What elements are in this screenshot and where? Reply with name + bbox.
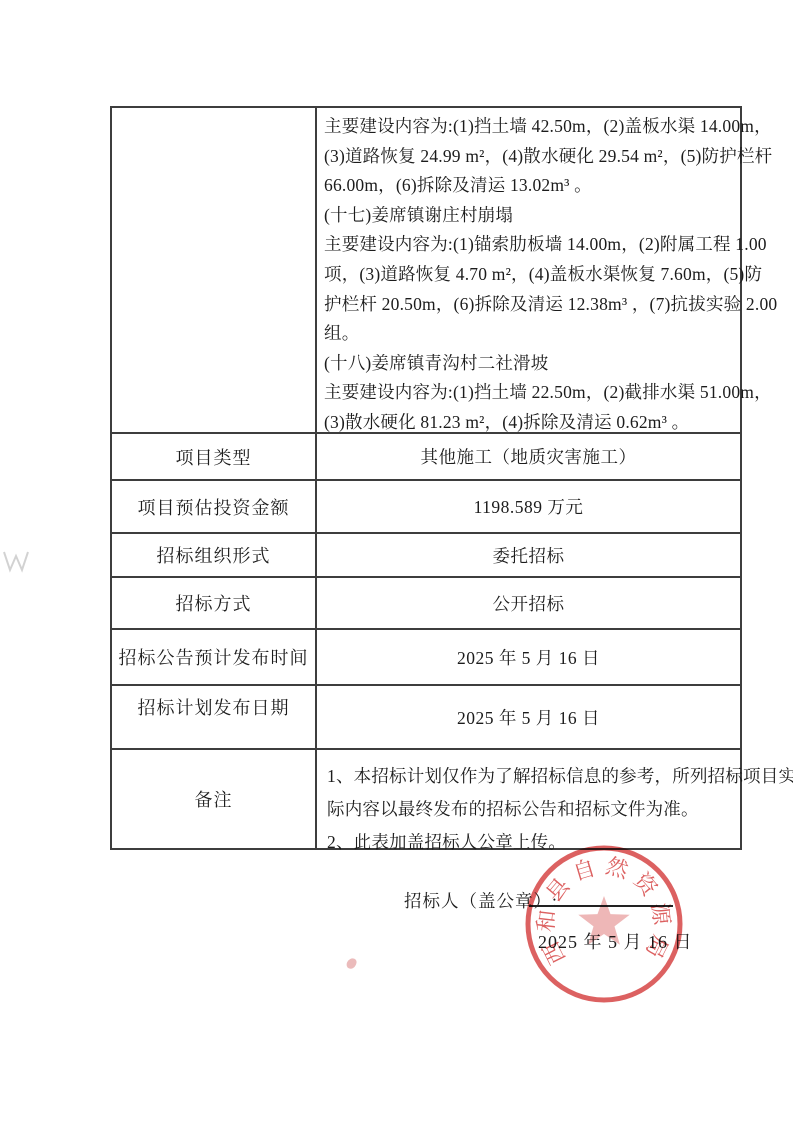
table-row-organization-form: 招标组织形式委托招标 <box>112 534 740 578</box>
row-value-plan-publish-date: 2025 年 5 月 16 日 <box>317 686 740 748</box>
value-text: 委托招标 <box>493 543 565 568</box>
official-seal: 西和县自然资源局 <box>519 839 689 1009</box>
row-value-bidding-method: 公开招标 <box>317 578 740 628</box>
row-label-plan-publish-date: 招标计划发布日期 <box>112 686 317 748</box>
row-value-estimated-investment: 1198.589 万元 <box>317 481 740 532</box>
text-line: 66.00m，(6)拆除及清运 13.02m³ 。 <box>324 171 734 201</box>
value-text: 1198.589 万元 <box>474 494 584 519</box>
table-row-estimated-investment: 项目预估投资金额1198.589 万元 <box>112 481 740 534</box>
row-label-project-type: 项目类型 <box>112 434 317 479</box>
row-value-remarks: 1、本招标计划仅作为了解招标信息的参考，所列招标项目实际内容以最终发布的招标公告… <box>317 750 740 848</box>
scanned-document-page: 主要建设内容为:(1)挡土墙 42.50m，(2)盖板水渠 14.00m，(3)… <box>0 0 793 1122</box>
value-text: 其他施工（地质灾害施工） <box>421 444 637 469</box>
row-value-construction-content: 主要建设内容为:(1)挡土墙 42.50m，(2)盖板水渠 14.00m，(3)… <box>317 108 740 432</box>
row-label-remarks: 备注 <box>112 750 317 848</box>
table-row-plan-publish-date: 招标计划发布日期2025 年 5 月 16 日 <box>112 686 740 750</box>
text-line: 主要建设内容为:(1)挡土墙 42.50m，(2)盖板水渠 14.00m， <box>324 112 734 142</box>
text-line: 组。 <box>324 319 734 349</box>
table-row-bidding-method: 招标方式公开招标 <box>112 578 740 630</box>
value-text: 2025 年 5 月 16 日 <box>457 705 600 730</box>
row-label-announcement-date: 招标公告预计发布时间 <box>112 630 317 684</box>
text-line: 主要建设内容为:(1)锚索肋板墙 14.00m，(2)附属工程 1.00 <box>324 230 734 260</box>
row-label-estimated-investment: 项目预估投资金额 <box>112 481 317 532</box>
value-text: 2025 年 5 月 16 日 <box>457 645 600 670</box>
table-row-project-type: 项目类型其他施工（地质灾害施工） <box>112 434 740 481</box>
seal-star <box>578 896 629 945</box>
table-row-construction-content: 主要建设内容为:(1)挡土墙 42.50m，(2)盖板水渠 14.00m，(3)… <box>112 108 740 434</box>
text-line: (十八)姜席镇青沟村二社滑坡 <box>324 349 734 379</box>
text-line: 项，(3)道路恢复 4.70 m²，(4)盖板水渠恢复 7.60m，(5)防 <box>324 260 734 290</box>
row-value-project-type: 其他施工（地质灾害施工） <box>317 434 740 479</box>
tender-table: 主要建设内容为:(1)挡土墙 42.50m，(2)盖板水渠 14.00m，(3)… <box>110 106 742 850</box>
text-line: 1、本招标计划仅作为了解招标信息的参考，所列招标项目实 <box>327 760 732 793</box>
row-value-organization-form: 委托招标 <box>317 534 740 576</box>
row-label-bidding-method: 招标方式 <box>112 578 317 628</box>
value-text: 公开招标 <box>493 591 565 616</box>
scan-artifact-ink-speck <box>345 957 358 971</box>
table-row-remarks: 备注1、本招标计划仅作为了解招标信息的参考，所列招标项目实际内容以最终发布的招标… <box>112 750 740 848</box>
table-row-announcement-date: 招标公告预计发布时间2025 年 5 月 16 日 <box>112 630 740 686</box>
row-label-organization-form: 招标组织形式 <box>112 534 317 576</box>
row-value-announcement-date: 2025 年 5 月 16 日 <box>317 630 740 684</box>
text-line: 护栏杆 20.50m，(6)拆除及清运 12.38m³ ，(7)抗拔实验 2.0… <box>324 290 734 320</box>
text-line: (3)道路恢复 24.99 m²，(4)散水硬化 29.54 m²，(5)防护栏… <box>324 142 734 172</box>
scan-artifact-pencil-mark <box>2 548 32 574</box>
text-line: 际内容以最终发布的招标公告和招标文件为准。 <box>327 793 732 826</box>
text-line: 主要建设内容为:(1)挡土墙 22.50m，(2)截排水渠 51.00m， <box>324 378 734 408</box>
text-line: (十七)姜席镇谢庄村崩塌 <box>324 201 734 231</box>
row-label-construction-content <box>112 108 317 432</box>
